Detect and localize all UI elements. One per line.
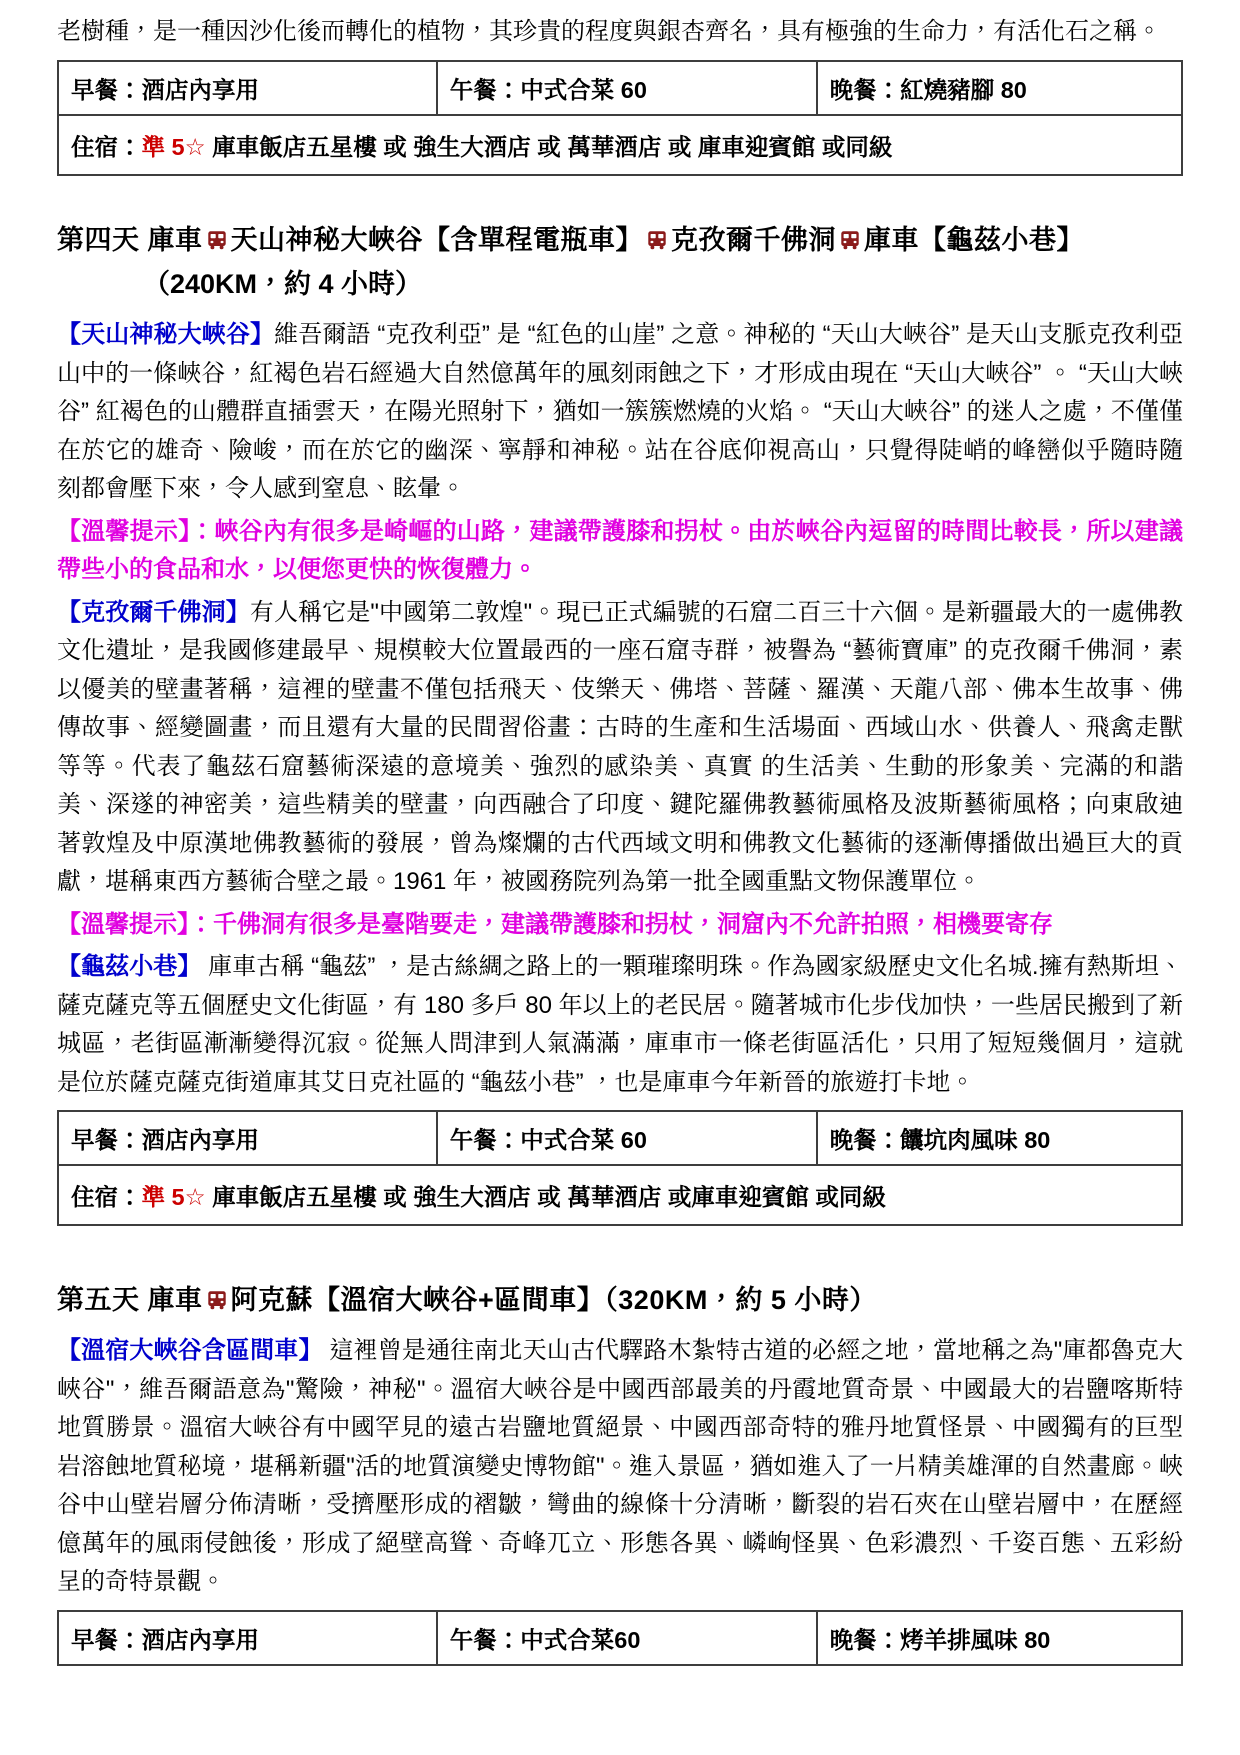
lodging-cell: 住宿：準 5☆ 庫車飯店五星樓 或 強生大酒店 或 萬華酒店 或庫車迎賓館 或同… bbox=[58, 1165, 1182, 1225]
section-label-tianshan: 【天山神秘大峽谷】 bbox=[57, 321, 274, 348]
wensu-canyon-desc: 【溫宿大峽谷含區間車】 這裡曾是通往南北天山古代驛路木紮特古道的必經之地，當地稱… bbox=[57, 1332, 1183, 1602]
table-row: 早餐：酒店內享用 午餐：中式合菜 60 晚餐：饢坑肉風味 80 bbox=[58, 1111, 1182, 1165]
breakfast-cell: 早餐：酒店內享用 bbox=[58, 1611, 437, 1665]
table-row: 住宿：準 5☆ 庫車飯店五星樓 或 強生大酒店 或 萬華酒店 或 庫車迎賓館 或… bbox=[58, 115, 1182, 175]
lodging-cell: 住宿：準 5☆ 庫車飯店五星樓 或 強生大酒店 或 萬華酒店 或 庫車迎賓館 或… bbox=[58, 115, 1182, 175]
bus-icon bbox=[205, 1289, 229, 1311]
day4-title-seg0: 第四天 庫車 bbox=[57, 225, 203, 255]
day5-title: 第五天 庫車阿克蘇【溫宿大峽谷+區間車】（320KM，約 5 小時） bbox=[57, 1282, 1183, 1318]
lodging-hotels: 庫車飯店五星樓 或 強生大酒店 或 萬華酒店 或庫車迎賓館 或同級 bbox=[206, 1184, 886, 1210]
day4-subtitle: （240KM，約 4 小時） bbox=[57, 266, 1183, 302]
section-label-qiuci: 【龜茲小巷】 bbox=[57, 953, 201, 980]
breakfast-cell: 早餐：酒店內享用 bbox=[58, 1111, 437, 1165]
lodging-prefix: 住宿： bbox=[71, 1184, 142, 1210]
section-label-kizil: 【克孜爾千佛洞】 bbox=[57, 599, 250, 626]
lodging-grade: 準 5☆ bbox=[142, 1184, 206, 1210]
bus-icon bbox=[645, 229, 669, 251]
table-row: 住宿：準 5☆ 庫車飯店五星樓 或 強生大酒店 或 萬華酒店 或庫車迎賓館 或同… bbox=[58, 1165, 1182, 1225]
lunch-cell: 午餐：中式合菜 60 bbox=[437, 61, 817, 115]
warm-tip-2: 【溫馨提示】：千佛洞有很多是臺階要走，建議帶護膝和拐杖，洞窟內不允許拍照，相機要… bbox=[57, 906, 1183, 945]
qiuci-alley-desc: 【龜茲小巷】 庫車古稱 “龜茲” ，是古絲綢之路上的一顆璀璨明珠。作為國家級歷史… bbox=[57, 948, 1183, 1102]
day4-title: 第四天 庫車天山神秘大峽谷【含單程電瓶車】克孜爾千佛洞庫車【龜茲小巷】 bbox=[57, 222, 1183, 258]
bus-icon bbox=[205, 229, 229, 251]
dinner-cell: 晚餐：紅燒豬腳 80 bbox=[817, 61, 1182, 115]
breakfast-cell: 早餐：酒店內享用 bbox=[58, 61, 437, 115]
day4-title-seg2: 克孜爾千佛洞 bbox=[671, 225, 836, 255]
lodging-prefix: 住宿： bbox=[71, 134, 142, 160]
day4-title-seg1: 天山神秘大峽谷【含單程電瓶車】 bbox=[231, 225, 644, 255]
day5-title-seg1: 阿克蘇【溫宿大峽谷+區間車】（320KM，約 5 小時） bbox=[231, 1285, 877, 1315]
table-row: 早餐：酒店內享用 午餐：中式合菜 60 晚餐：紅燒豬腳 80 bbox=[58, 61, 1182, 115]
section-text: 有人稱它是"中國第二敦煌"。現已正式編號的石窟二百三十六個。是新疆最大的一處佛教… bbox=[57, 599, 1183, 896]
section-text: 庫車古稱 “龜茲” ，是古絲綢之路上的一顆璀璨明珠。作為國家級歷史文化名城.擁有… bbox=[57, 953, 1183, 1096]
intro-paragraph: 老樹種，是一種因沙化後而轉化的植物，其珍貴的程度與銀杏齊名，具有極強的生命力，有… bbox=[57, 12, 1183, 52]
day4-meal-lodging-table: 早餐：酒店內享用 午餐：中式合菜 60 晚餐：饢坑肉風味 80 住宿：準 5☆ … bbox=[57, 1110, 1183, 1226]
bus-icon bbox=[838, 229, 862, 251]
section-label-wensu: 【溫宿大峽谷含區間車】 bbox=[57, 1337, 323, 1364]
day5-title-seg0: 第五天 庫車 bbox=[57, 1285, 203, 1315]
day5-meal-table: 早餐：酒店內享用 午餐：中式合菜60 晚餐：烤羊排風味 80 bbox=[57, 1610, 1183, 1666]
warm-tip-1: 【溫馨提示】：峽谷內有很多是崎嶇的山路，建議帶護膝和拐杖。由於峽谷內逗留的時間比… bbox=[57, 513, 1183, 590]
kizil-caves-desc: 【克孜爾千佛洞】有人稱它是"中國第二敦煌"。現已正式編號的石窟二百三十六個。是新… bbox=[57, 594, 1183, 902]
section-text: 維吾爾語 “克孜利亞” 是 “紅色的山崖” 之意。神秘的 “天山大峽谷” 是天山… bbox=[57, 321, 1183, 502]
lodging-grade: 準 5☆ bbox=[142, 134, 206, 160]
day4-title-seg3: 庫車【龜茲小巷】 bbox=[864, 225, 1084, 255]
dinner-cell: 晚餐：烤羊排風味 80 bbox=[817, 1611, 1182, 1665]
lodging-hotels: 庫車飯店五星樓 或 強生大酒店 或 萬華酒店 或 庫車迎賓館 或同級 bbox=[206, 134, 893, 160]
dinner-cell: 晚餐：饢坑肉風味 80 bbox=[817, 1111, 1182, 1165]
tianshan-canyon-desc: 【天山神秘大峽谷】維吾爾語 “克孜利亞” 是 “紅色的山崖” 之意。神秘的 “天… bbox=[57, 316, 1183, 509]
section-text: 這裡曾是通往南北天山古代驛路木紮特古道的必經之地，當地稱之為"庫都魯克大峽谷"，… bbox=[57, 1337, 1183, 1595]
lunch-cell: 午餐：中式合菜60 bbox=[437, 1611, 817, 1665]
table-row: 早餐：酒店內享用 午餐：中式合菜60 晚餐：烤羊排風味 80 bbox=[58, 1611, 1182, 1665]
itinerary-document: 老樹種，是一種因沙化後而轉化的植物，其珍貴的程度與銀杏齊名，具有極強的生命力，有… bbox=[0, 0, 1240, 1706]
day3-meal-lodging-table: 早餐：酒店內享用 午餐：中式合菜 60 晚餐：紅燒豬腳 80 住宿：準 5☆ 庫… bbox=[57, 60, 1183, 176]
lunch-cell: 午餐：中式合菜 60 bbox=[437, 1111, 817, 1165]
